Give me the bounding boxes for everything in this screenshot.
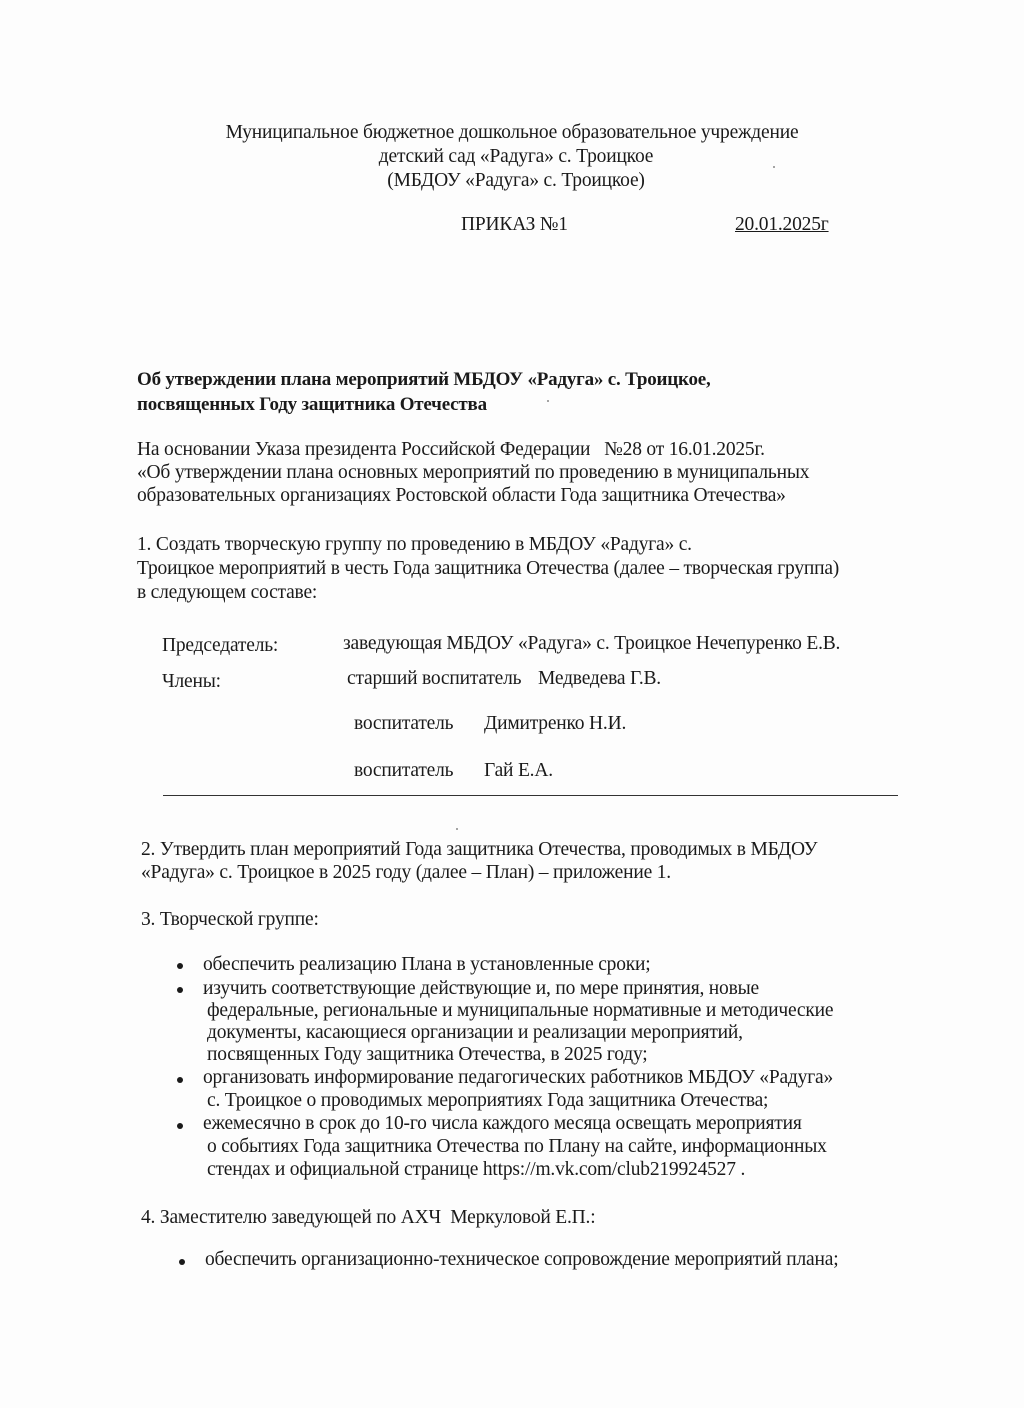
order-title: ПРИКАЗ №1 [461,213,568,237]
scan-speck [773,166,775,168]
item1-line2: Троицкое мероприятий в честь Года защитн… [137,557,839,581]
member-name: Гай Е.А. [484,759,553,783]
horizontal-divider [163,795,898,796]
chair-label: Председатель: [162,634,278,658]
basis-line3: образовательных организациях Ростовской … [137,484,786,508]
member-name: Медведева Г.В. [538,667,661,691]
scan-speck [547,400,549,402]
item1-line1: 1. Создать творческую группу по проведен… [137,533,692,557]
list-item-continuation: посвященных Году защитника Отечества, в … [207,1043,647,1067]
subject-line2: посвященных Году защитника Отечества [137,393,487,417]
bullet-icon [177,987,183,993]
members-label: Члены: [162,670,221,694]
subject-line1: Об утверждении плана мероприятий МБДОУ «… [137,368,711,392]
bullet-icon [177,1123,183,1129]
institution-abbreviation: (МБДОУ «Радуга» с. Троицкое) [4,169,1024,193]
institution-name-line1: Муниципальное бюджетное дошкольное образ… [0,121,1024,145]
scan-speck [456,828,458,830]
list-item-continuation: федеральные, региональные и муниципальны… [207,999,833,1023]
item3-heading: 3. Творческой группе: [141,908,319,932]
list-item: обеспечить реализацию Плана в установлен… [203,953,651,977]
item4-heading: 4. Заместителю заведующей по АХЧ Меркуло… [141,1206,595,1230]
order-date: 20.01.2025г [735,213,829,237]
list-item-continuation: с. Троицкое о проводимых мероприятиях Го… [207,1089,768,1113]
list-item: ежемесячно в срок до 10-го числа каждого… [203,1112,802,1136]
member-role: воспитатель [354,759,453,783]
item2-line2: «Радуга» с. Троицкое в 2025 году (далее … [141,861,671,885]
member-role: старший воспитатель [347,667,521,691]
list-item-continuation: документы, касающиеся организации и реал… [207,1021,743,1045]
bullet-icon [177,963,183,969]
list-item-continuation: стендах и официальной странице https://m… [207,1158,745,1182]
bullet-icon [179,1259,185,1265]
member-name: Димитренко Н.И. [484,712,626,736]
bullet-icon [177,1077,183,1083]
basis-line2: «Об утверждении плана основных мероприят… [137,461,809,485]
chair-value: заведующая МБДОУ «Радуга» с. Троицкое Не… [343,632,840,656]
list-item-continuation: о событиях Года защитника Отечества по П… [207,1135,827,1159]
list-item: изучить соответствующие действующие и, п… [203,977,759,1001]
item2-line1: 2. Утвердить план мероприятий Года защит… [141,838,817,862]
list-item: организовать информирование педагогическ… [203,1066,833,1090]
member-role: воспитатель [354,712,453,736]
item1-line3: в следующем составе: [137,581,317,605]
list-item: обеспечить организационно-техническое со… [205,1248,838,1272]
basis-line1: На основании Указа президента Российской… [137,438,765,462]
institution-name-line2: детский сад «Радуга» с. Троицкое [4,145,1024,169]
